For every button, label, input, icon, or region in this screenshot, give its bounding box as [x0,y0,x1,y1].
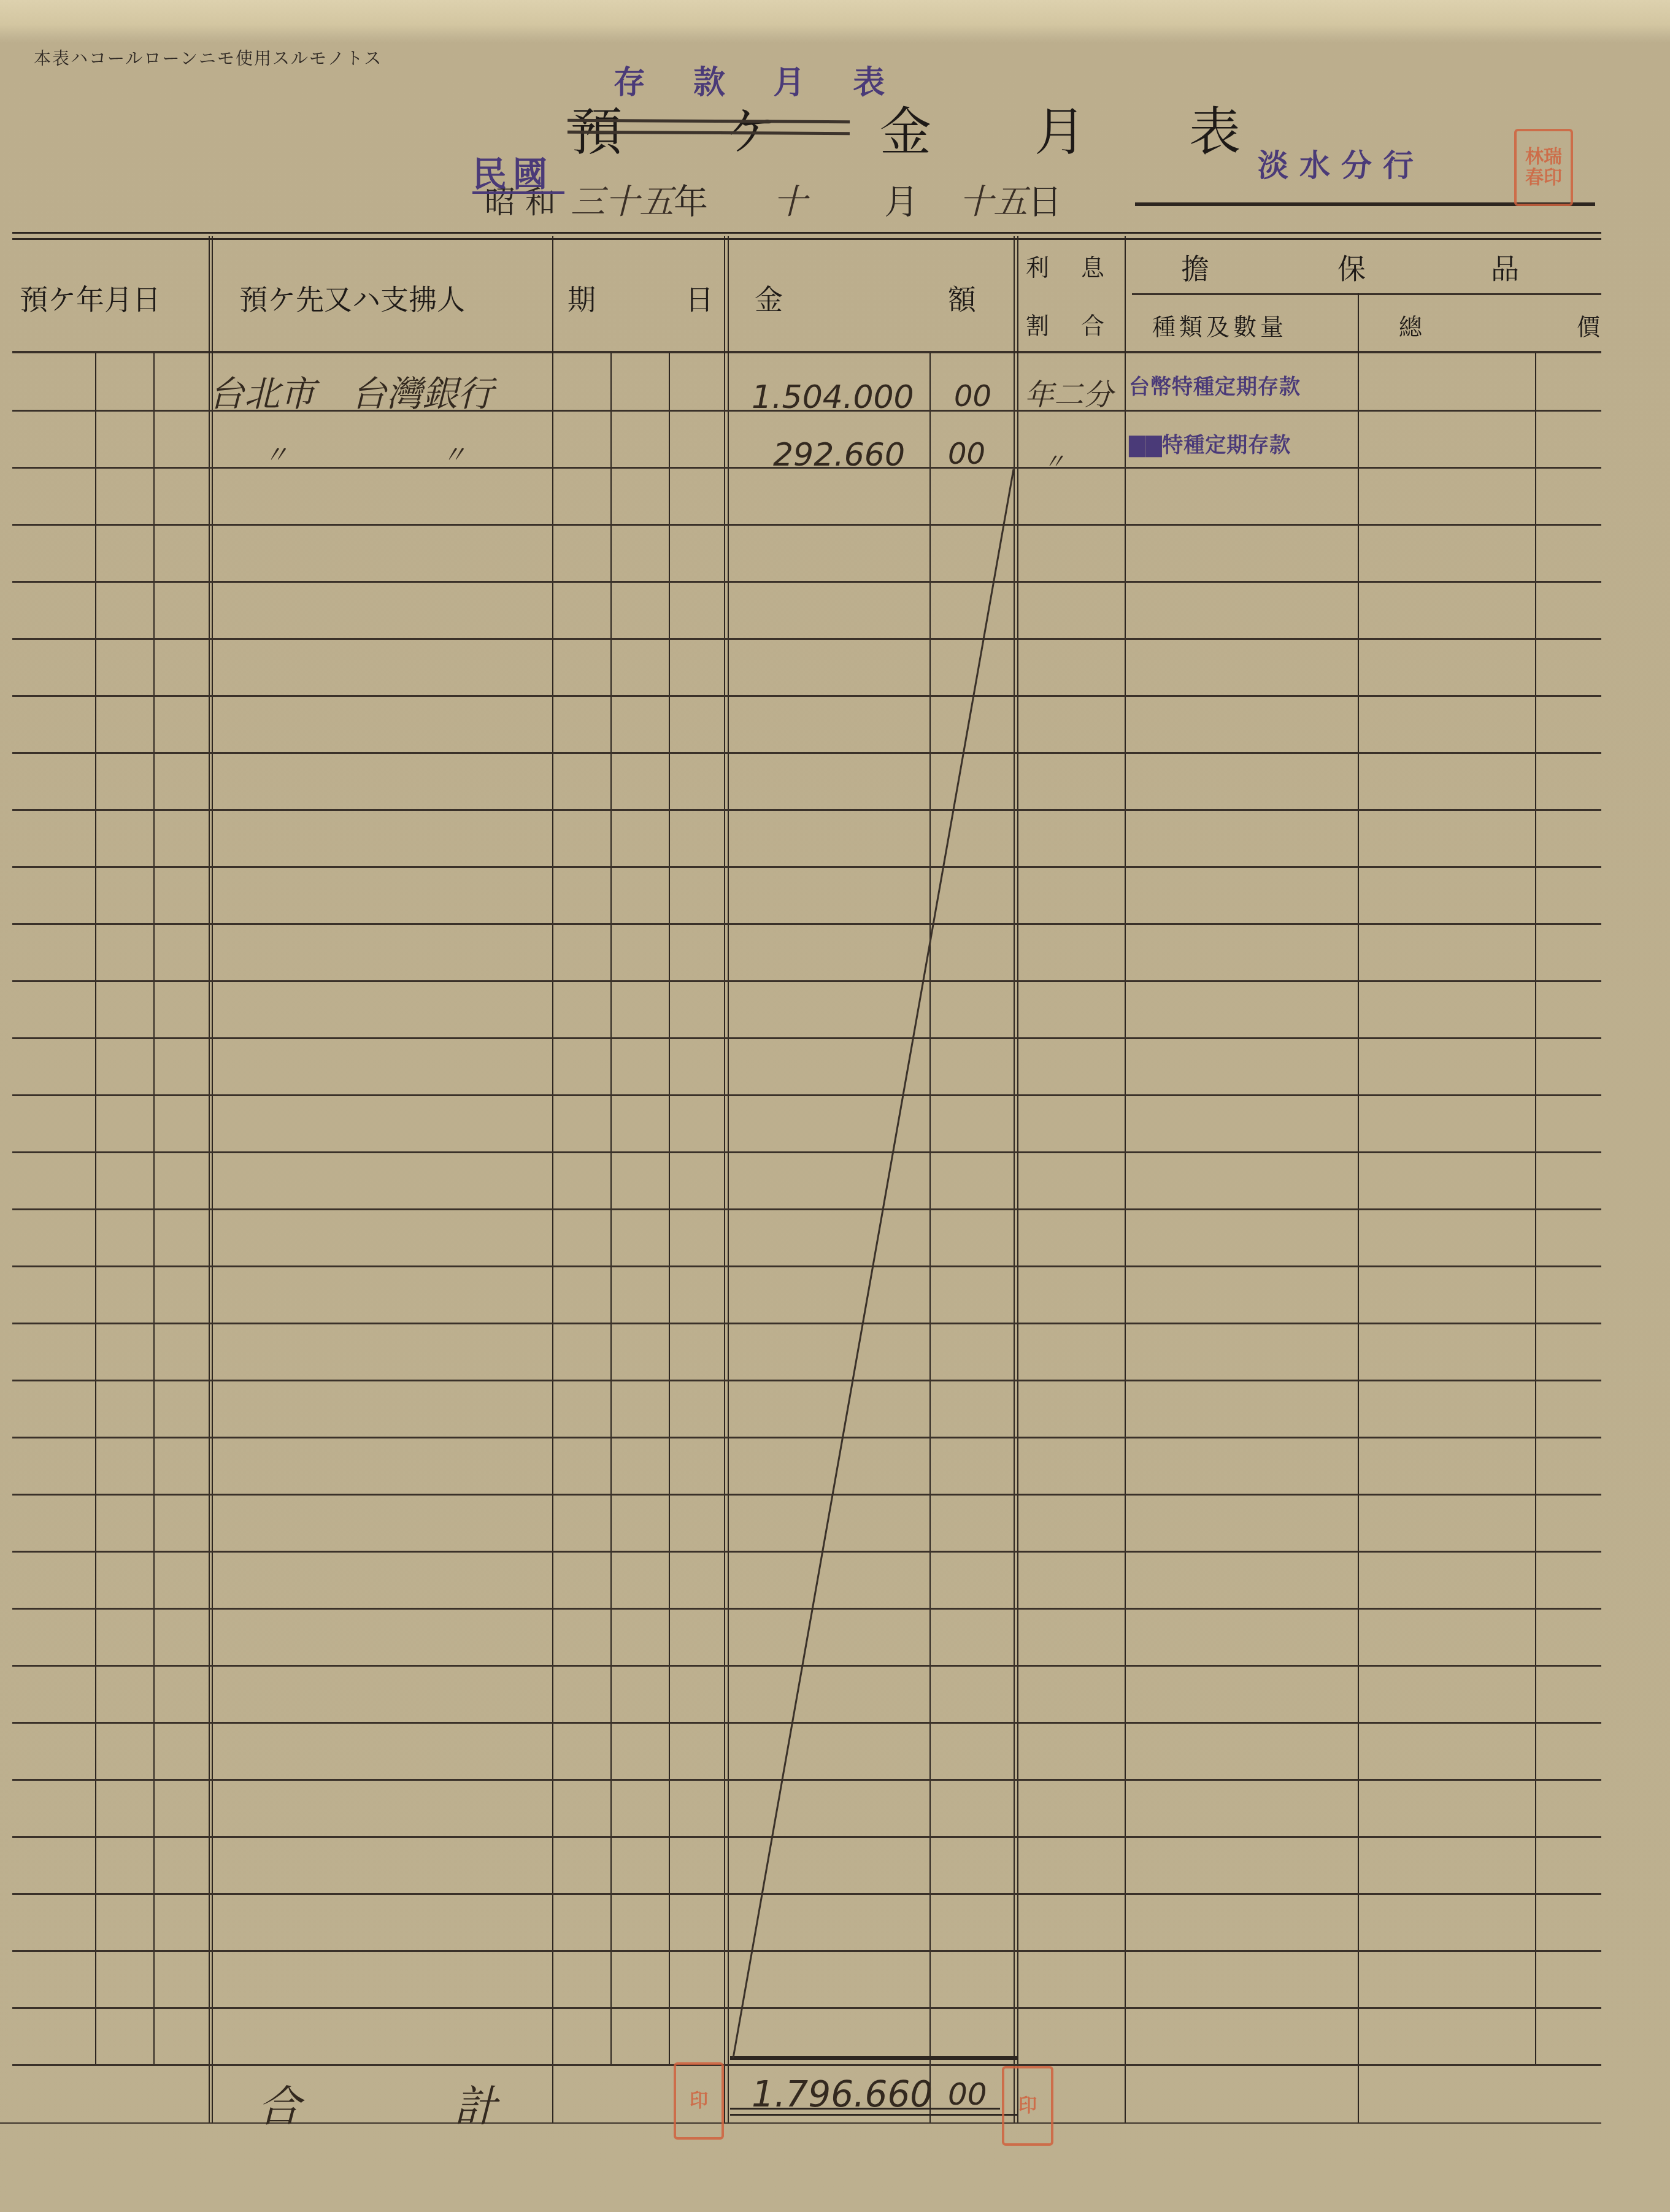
row-line [12,1037,1601,1039]
row-line [12,1836,1601,1838]
row-line [12,1151,1601,1153]
table-top-border [12,232,1601,240]
column-divider [1125,236,1126,2122]
table-bottom-line [0,2122,1601,2124]
row2-depositor-ditto-1: 〃 [264,436,288,470]
row-line [12,2064,1601,2066]
header-interest-bottom: 割 合 [1026,307,1117,340]
row-line [12,1893,1601,1895]
total-label-left: 合 [258,2072,301,2134]
row-line [12,581,1601,583]
row-line [12,1323,1601,1324]
row-line [12,809,1601,811]
header-collateral-value-left: 總 [1399,308,1434,342]
header-collateral-kind: 種類及數量 [1152,308,1287,342]
row2-interest: 〃 [1043,445,1065,476]
column-divider [724,236,725,2122]
row-line [12,1779,1601,1781]
date-day: 十五 [959,182,1028,222]
red-seal-bottom-right: 印 [1002,2066,1053,2146]
column-divider [1014,236,1015,2122]
row2-depositor-ditto-2: 〃 [442,436,466,470]
date-month: 十 [773,182,807,222]
row-line [12,752,1601,754]
header-collateral-1: 擔 [1181,247,1209,287]
branch-stamp: 淡水分行 [1258,141,1425,185]
title-char: 金 [880,91,1034,165]
total-amount-dec: 00 [948,2076,987,2112]
red-seal-bottom-left: 印 [674,2062,724,2140]
row-line [12,866,1601,868]
row-line [12,980,1601,982]
row-line [12,1094,1601,1096]
row-line [12,1380,1601,1381]
total-double-underline-2 [730,2114,1018,2116]
report-date: 三十五年 十 月 十五日 [571,175,1062,224]
total-double-underline-1 [730,2108,1000,2110]
column-divider [212,236,213,2122]
column-divider [728,236,729,2122]
row1-amount-int: 1.504.000 [752,379,914,416]
header-interest-top: 利 息 [1026,248,1117,282]
row1-collateral-kind: 台幣特種定期存款 [1129,370,1301,400]
title-char: 月 [1034,91,1189,165]
era-strikethrough [472,191,564,194]
row1-amount-dec: 00 [954,379,991,413]
row1-depositor: 台北市 台灣銀行 [209,365,493,417]
header-due-date: 期 日 [568,277,744,318]
row-line [12,1494,1601,1496]
row2-amount-int: 292.660 [773,437,905,474]
row-line [12,638,1601,640]
row-line [12,524,1601,526]
row-line [12,1950,1601,1952]
row-line [12,1437,1601,1438]
row1-interest: 年二分 [1025,371,1113,413]
red-seal-top: 林瑞春印 [1514,129,1573,206]
header-bottom-line [12,351,1601,353]
row-line [12,1665,1601,1667]
header-amount-right: 額 [948,277,976,318]
row-line [12,1722,1601,1724]
row-line [12,2007,1601,2009]
header-deposit-date: 預ケ年月日 [20,277,161,318]
era-printed: 昭 和 [485,178,556,222]
row-line [12,695,1601,697]
collateral-subheader-line [1132,293,1601,295]
column-divider [209,236,210,2122]
date-year: 三十五 [571,182,674,222]
row-line [12,923,1601,925]
column-divider [552,236,553,2122]
header-collateral-3: 品 [1491,247,1519,287]
date-month-unit: 月 [884,182,918,222]
total-label-right: 計 [454,2072,497,2134]
row-line [12,1608,1601,1610]
header-collateral-2: 保 [1337,247,1366,287]
collateral-value-divider [1358,293,1359,2122]
header-amount-left: 金 [755,277,783,318]
row2-collateral-kind: ▇▇特種定期存款 [1129,428,1291,458]
row-line [12,1208,1601,1210]
column-divider [1017,236,1018,2122]
header-collateral-value-right: 價 [1577,308,1612,342]
printed-usage-note: 本表ハコールローンニモ使用スルモノトス [34,45,382,70]
row-line [12,1265,1601,1267]
header-depositor: 預ケ先又ハ支拂人 [239,277,465,318]
title-strikethrough [568,119,850,135]
total-top-rule [730,2056,1018,2060]
row2-amount-dec: 00 [948,437,985,471]
row-line [12,1551,1601,1553]
date-day-unit: 日 [1028,182,1062,222]
date-year-unit: 年 [674,182,708,222]
